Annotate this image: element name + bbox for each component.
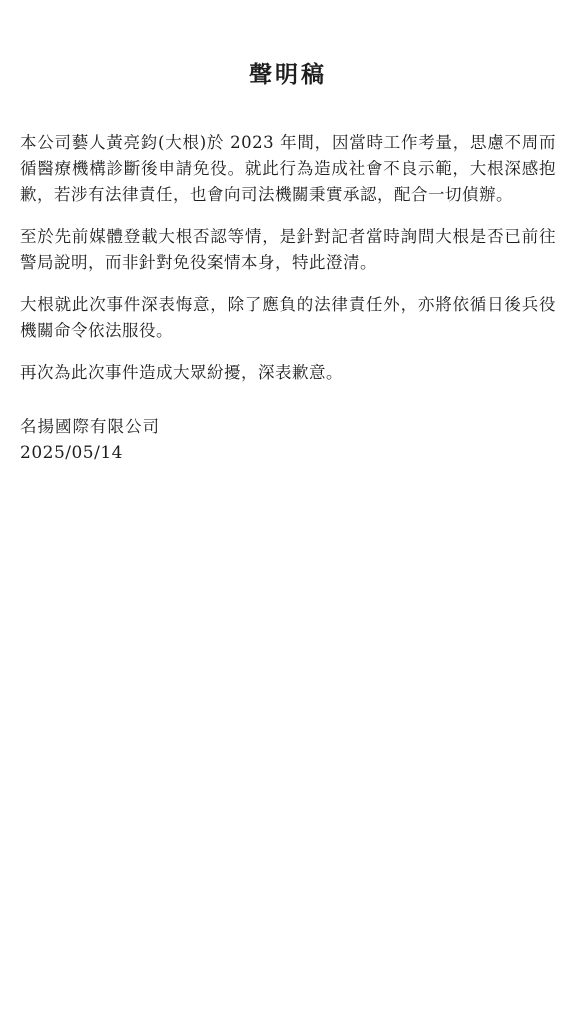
statement-title: 聲明稿 [20, 60, 556, 90]
statement-paragraph: 大根就此次事件深表悔意，除了應負的法律責任外，亦將依循日後兵役機關命令依法服役。 [20, 292, 556, 344]
statement-paragraph: 本公司藝人黃亮鈞(大根)於 2023 年間，因當時工作考量，思慮不周而循醫療機構… [20, 130, 556, 208]
statement-page: 聲明稿 本公司藝人黃亮鈞(大根)於 2023 年間，因當時工作考量，思慮不周而循… [0, 0, 576, 1024]
statement-paragraph: 再次為此次事件造成大眾紛擾，深表歉意。 [20, 360, 556, 386]
company-name: 名揚國際有限公司 [20, 414, 556, 440]
statement-paragraph: 至於先前媒體登載大根否認等情，是針對記者當時詢問大根是否已前往警局說明，而非針對… [20, 224, 556, 276]
statement-date: 2025/05/14 [20, 440, 556, 466]
signature-block: 名揚國際有限公司 2025/05/14 [20, 414, 556, 466]
